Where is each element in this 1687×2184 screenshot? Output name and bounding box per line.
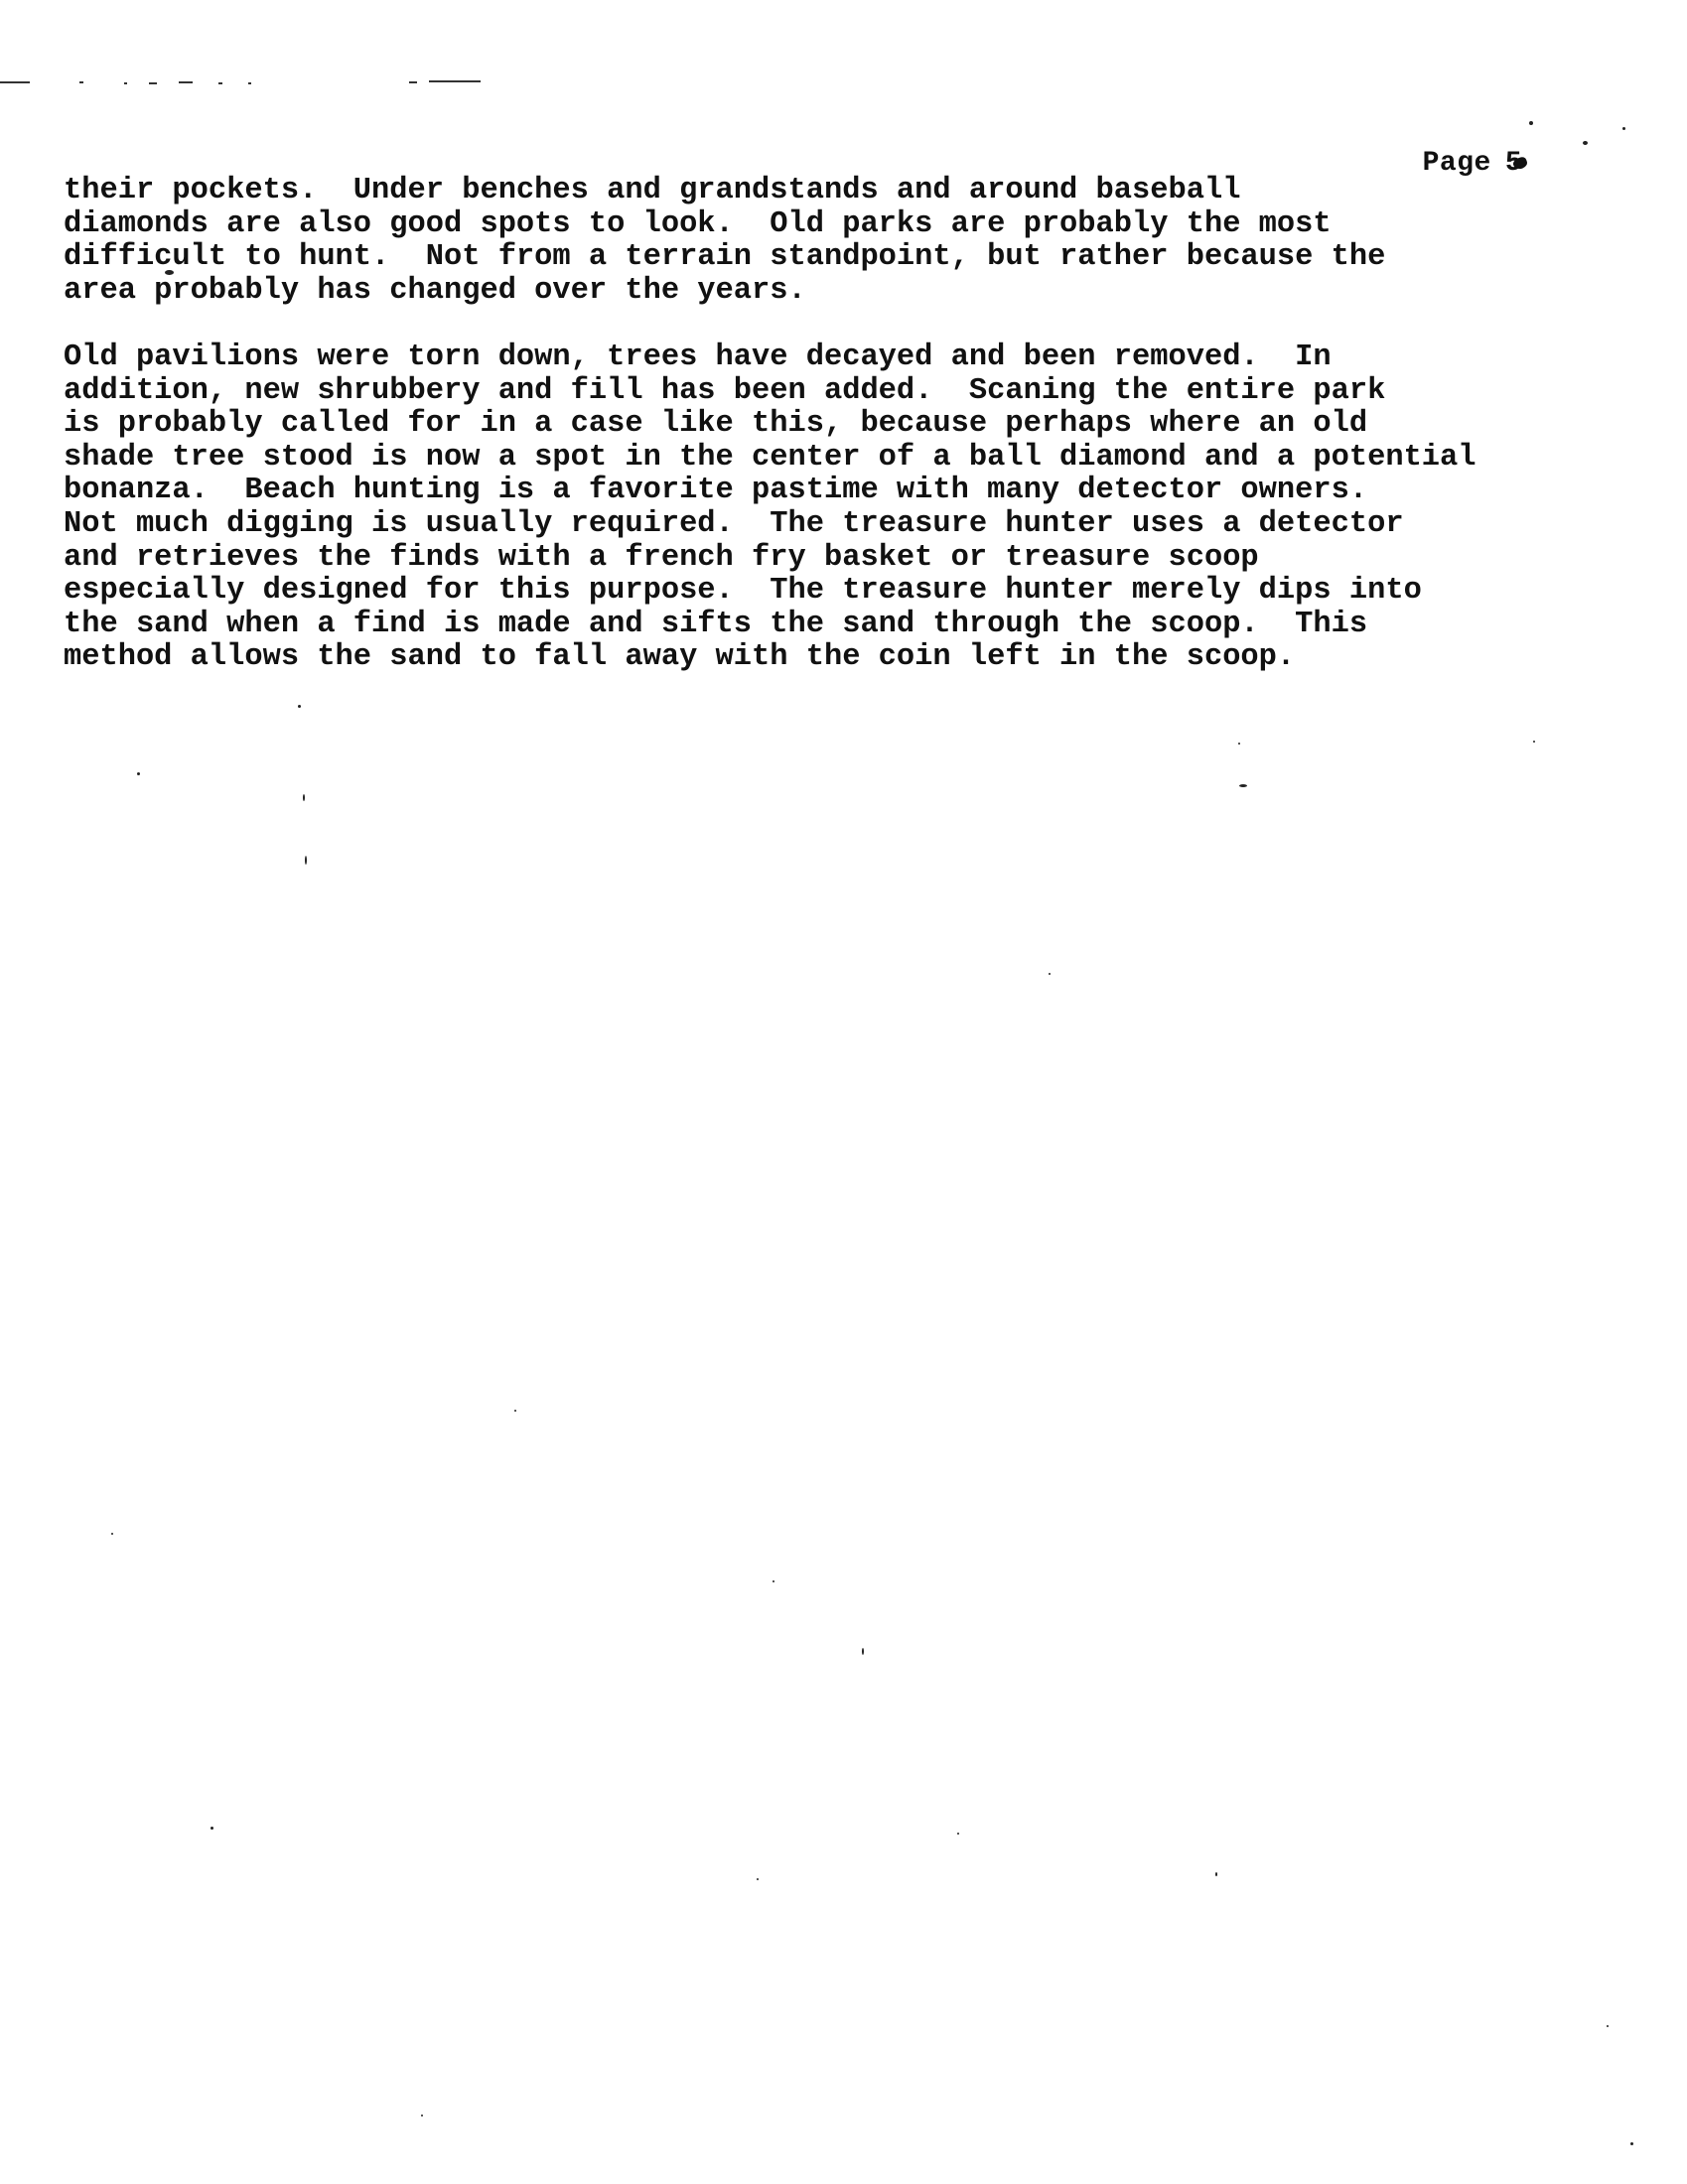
scan-speck [137,772,140,775]
paragraph-1: their pockets. Under benches and grandst… [64,175,1613,308]
text-line: especially designed for this purpose. Th… [64,575,1613,609]
scan-artifact-top-left-dots [149,82,157,84]
scan-speck [298,705,301,708]
scan-speck [514,1410,516,1412]
scan-speck [1529,121,1533,125]
text-line: their pockets. Under benches and grandst… [64,175,1613,208]
scan-speck [757,1878,759,1880]
scan-speck [1622,127,1625,130]
scan-speck [1238,743,1240,745]
text-line: Old pavilions were torn down, trees have… [64,341,1613,375]
document-body: their pockets. Under benches and grandst… [64,175,1613,709]
scan-speck [111,1533,113,1535]
text-line: is probably called for in a case like th… [64,408,1613,442]
paragraph-2: Old pavilions were torn down, trees have… [64,341,1613,675]
scan-artifact-top-center [429,80,481,82]
scan-artifact-top-left-dots [248,82,251,84]
scan-speck [1630,2142,1633,2145]
scan-artifact-top-left-dots [124,82,127,84]
scan-speck [1607,2025,1609,2027]
text-line: shade tree stood is now a spot in the ce… [64,442,1613,476]
scan-speck [305,856,307,865]
ink-blot [165,270,174,275]
text-line: area probably has changed over the years… [64,275,1613,309]
scan-speck [421,2115,423,2116]
text-line: bonanza. Beach hunting is a favorite pas… [64,475,1613,508]
text-line: and retrieves the finds with a french fr… [64,542,1613,576]
page-header: Page5 [1388,117,1522,179]
scan-artifact-top-left-dots [79,81,83,83]
scan-speck [303,794,305,801]
scan-artifact-top-left-dots [179,81,193,83]
scan-speck [1533,741,1535,743]
text-line: Not much digging is usually required. Th… [64,508,1613,542]
scan-speck [957,1833,959,1835]
text-line: the sand when a find is made and sifts t… [64,609,1613,642]
scan-speck [1583,141,1588,145]
scan-artifact-top-left-dots [218,82,222,84]
scan-speck [1049,973,1051,975]
text-line: difficult to hunt. Not from a terrain st… [64,241,1613,275]
scan-speck [1215,1872,1217,1876]
scan-speck [862,1648,864,1655]
text-line: method allows the sand to fall away with… [64,641,1613,675]
scan-speck [773,1580,774,1582]
scan-artifact-top-center [409,81,417,83]
scan-speck [1239,784,1247,787]
text-line: diamonds are also good spots to look. Ol… [64,208,1613,242]
scan-artifact-top-left [0,81,30,83]
text-line: addition, new shrubbery and fill has bee… [64,375,1613,409]
scan-speck [211,1827,213,1830]
